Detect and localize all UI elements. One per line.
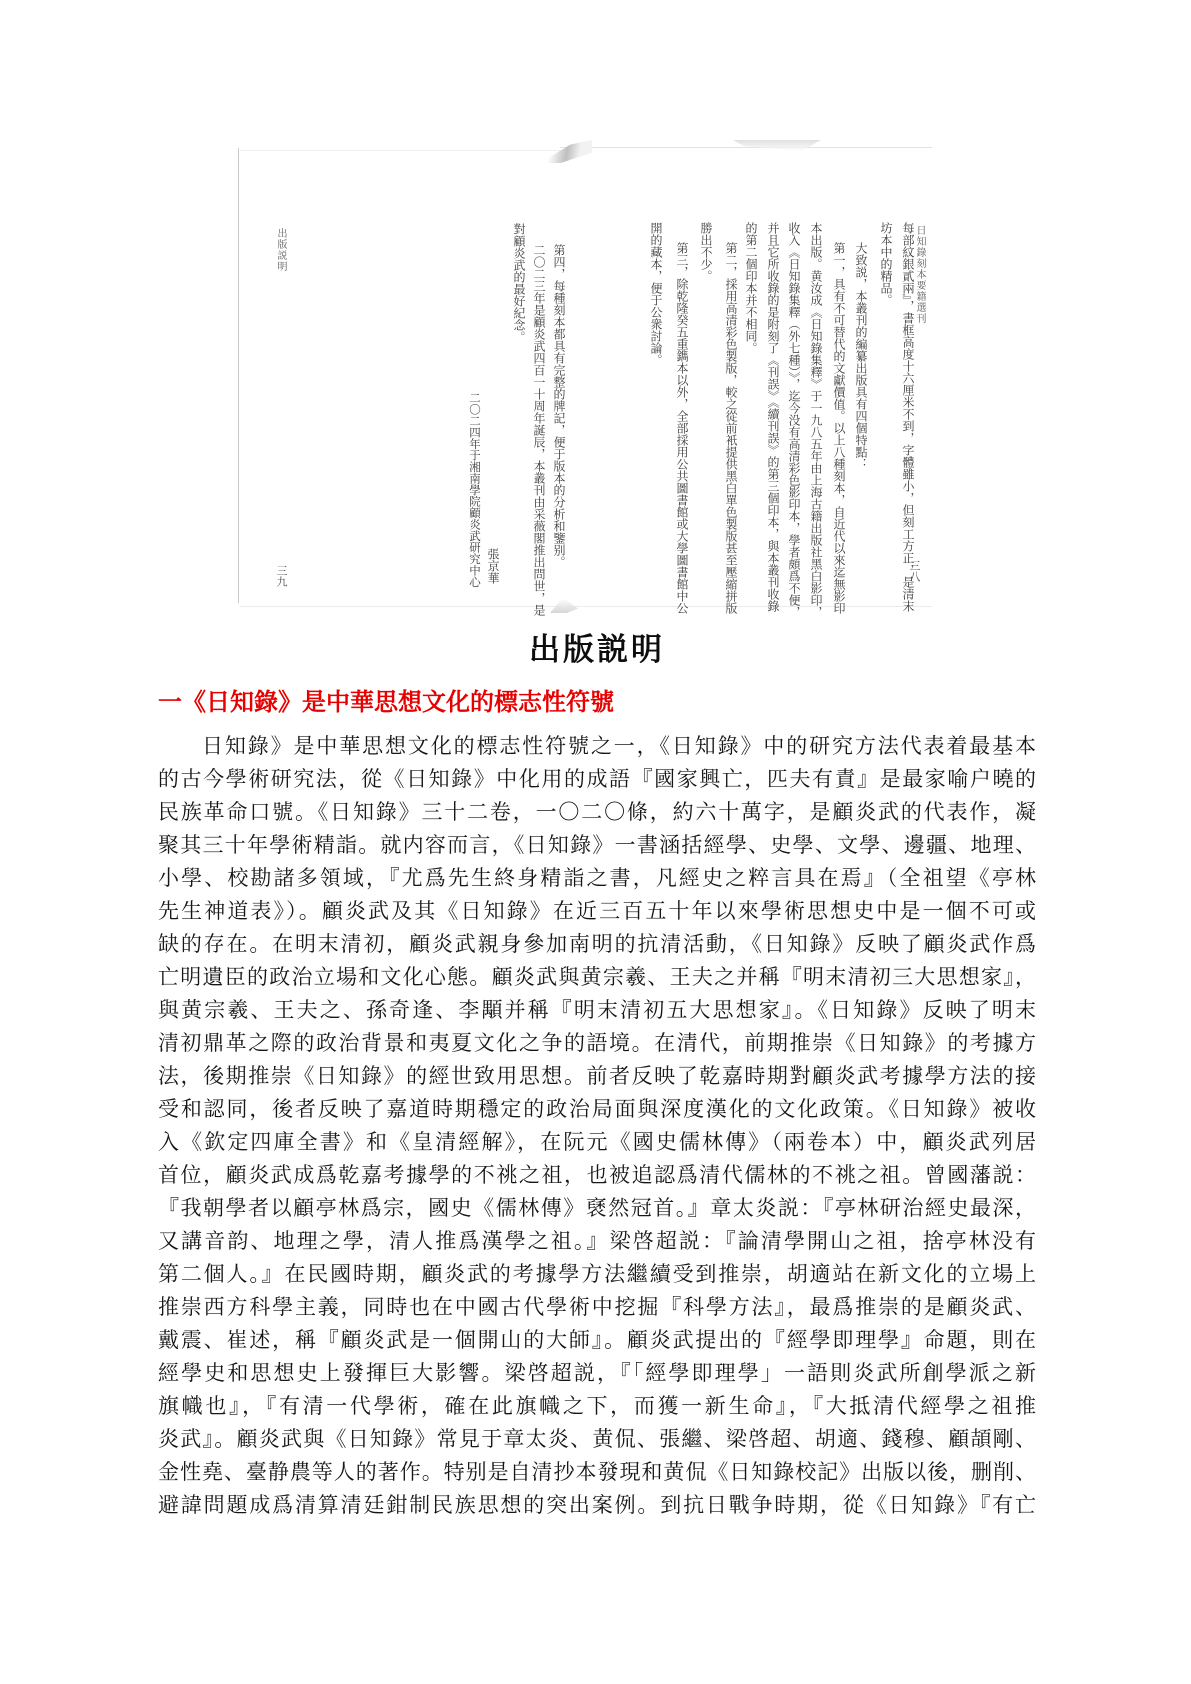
paragraph-line: 經學史和思想史上發揮巨大影響。梁啓超説，『「經學即理學」一語則炎武所創學派之新 <box>158 1357 1036 1390</box>
section-heading: 一《日知錄》是中華思想文化的標志性符號 <box>158 688 1036 718</box>
paragraph-line: 亡明遺臣的政治立場和文化心態。顧炎武與黄宗羲、王夫之并稱『明末清初三大思想家』， <box>158 961 1036 994</box>
paragraph-line: 首位，顧炎武成爲乾嘉考據學的不祧之祖，也被追認爲清代儒林的不祧之祖。曾國藩説： <box>158 1159 1036 1192</box>
scan-column: 并且它所收錄的是附刻了《刊誤》《續刊誤》的第三個印本，與本叢刊收錄 <box>766 222 779 612</box>
paragraph-line: 『我朝學者以顧亭林爲宗，國史《儒林傳》褎然冠首。』章太炎説：『亭林研治經史最深， <box>158 1192 1036 1225</box>
scan-bottom-edge <box>240 606 932 607</box>
paragraph-line: 避諱問題成爲清算清廷鉗制民族思想的突出案例。到抗日戰争時期，從《日知錄》『有亡 <box>158 1489 1036 1522</box>
paragraph-line: 缺的存在。在明末清初，顧炎武親身參加南明的抗清活動，《日知錄》反映了顧炎武作爲 <box>158 928 1036 961</box>
paragraph-line: 入《欽定四庫全書》和《皇清經解》，在阮元《國史儒林傳》（兩卷本）中，顧炎武列居 <box>158 1126 1036 1159</box>
paragraph-line: 小學、校勘諸多領域，『尤爲先生終身精詣之書，凡經史之粹言具在焉』（全祖望《亭林 <box>158 862 1036 895</box>
paragraph-line: 第二個人。』在民國時期，顧炎武的考據學方法繼續受到推崇，胡適站在新文化的立場上 <box>158 1258 1036 1291</box>
paragraph-line: 聚其三十年學術精詣。就内容而言，《日知錄》一書涵括經學、史學、文學、邊疆、地理、 <box>158 829 1036 862</box>
right-page-margin-title: 日知錄刻本要籍選刊 <box>914 225 925 324</box>
scan-column: 本出版。黄汝成《日知錄集釋》于一九八五年由上海古籍出版社黑白影印， <box>809 222 822 618</box>
scan-column: 每部紋銀貳兩』，書框高度十六厘米不到，字體雖小，但刻工方正，是清末 <box>901 222 914 612</box>
scan-column: 第一，具有不可替代的文獻價值。以上八種刻本，自近代以來迄無影印 <box>832 222 845 614</box>
signature: 張京華 <box>486 548 499 584</box>
body-paragraph: 日知錄》是中華思想文化的標志性符號之一，《日知錄》中的研究方法代表着最基本 的古… <box>158 730 1036 1522</box>
scan-column: 大致説，本叢刊的編纂出版具有四個特點： <box>854 222 867 470</box>
dateline: 二〇二四年于湘南學院顧炎武研究中心 <box>467 392 480 588</box>
paragraph-line: 推崇西方科學主義，同時也在中國古代學術中挖掘『科學方法』，最爲推崇的是顧炎武、 <box>158 1291 1036 1324</box>
left-page-number: 三九 <box>274 565 287 587</box>
scan-column: 二〇二三年是顧炎武四百一十周年誕辰，本叢刊由采薇閣推出問世，是 <box>532 224 545 616</box>
paragraph-line: 又講音韵、地理之學，清人推爲漢學之祖。』梁啓超説：『論清學開山之祖，捨亭林没有 <box>158 1225 1036 1258</box>
scan-top-edge-left <box>240 150 560 151</box>
page-title: 出版説明 <box>158 630 1036 670</box>
scan-column: 開的藏本，便于公衆討論。 <box>649 222 662 366</box>
scan-top-edge-right <box>560 147 932 148</box>
scan-left-edge-line <box>238 148 239 603</box>
paragraph-line: 先生神道表》）。顧炎武及其《日知錄》在近三百五十年以來學術思想史中是一個不可或 <box>158 895 1036 928</box>
paragraph-line: 的古今學術研究法，從《日知錄》中化用的成語『國家興亡，匹夫有責』是最家喻户曉的 <box>158 763 1036 796</box>
paragraph-line: 清初鼎革之際的政治背景和夷夏文化之争的語境。在清代，前期推崇《日知錄》的考據方 <box>158 1027 1036 1060</box>
paragraph-line: 戴震、崔述，稱『顧炎武是一個開山的大師』。顧炎武提出的『經學即理學』命題，則在 <box>158 1324 1036 1357</box>
scan-column: 第四，每種刻本都具有完整的牌記，便于版本的分析和鑒别。 <box>552 224 565 568</box>
paragraph-line: 民族革命口號。《日知錄》三十二卷，一〇二〇條，約六十萬字，是顧炎武的代表作，凝 <box>158 796 1036 829</box>
scan-column: 坊本中的精品。 <box>879 222 892 306</box>
left-page-margin-title: 出版説明 <box>275 228 286 272</box>
scan-column: 第三，除乾隆癸五重鐫本以外，全部採用公共圖書館或大學圖書館中公 <box>675 222 688 614</box>
paragraph-line: 法，後期推崇《日知錄》的經世致用思想。前者反映了乾嘉時期對顧炎武考據學方法的接 <box>158 1060 1036 1093</box>
paragraph-line: 炎武』。顧炎武與《日知錄》常見于章太炎、黄侃、張繼、梁啓超、胡適、錢穆、顧頡剛、 <box>158 1423 1036 1456</box>
scan-column: 對顧炎武的最好紀念。 <box>512 223 525 343</box>
document-page: { "article": { "title": "出版説明", "section… <box>0 0 1191 1684</box>
right-page-number: 三八 <box>907 560 920 582</box>
scan-column: 的第二個印本并不相同。 <box>744 222 757 354</box>
publication-note-article: 出版説明 一《日知錄》是中華思想文化的標志性符號 日知錄》是中華思想文化的標志性… <box>158 630 1036 1522</box>
scan-column: 勝出不少。 <box>699 222 712 282</box>
paragraph-line: 旗幟也』，『有清一代學術，確在此旗幟之下，而獲一新生命』，『大抵清代經學之祖推 <box>158 1390 1036 1423</box>
paragraph-line: 與黄宗羲、王夫之、孫奇逢、李顒并稱『明末清初五大思想家』。《日知錄》反映了明末 <box>158 994 1036 1027</box>
scan-column: 第二，採用高清彩色製版，較之從前衹提供黑白單色製版甚至壓縮拼版 <box>724 222 737 614</box>
scanned-book-spread: 日知錄刻本要籍選刊 每部紋銀貳兩』，書框高度十六厘米不到，字體雖小，但刻工方正，… <box>230 140 936 618</box>
page-curl-artifact <box>733 140 821 151</box>
paragraph-line: 受和認同，後者反映了嘉道時期穩定的政治局面與深度漢化的文化政策。《日知錄》被收 <box>158 1093 1036 1126</box>
scan-column: 收入《日知錄集釋（外七種）》，迄今没有高清彩色影印本，學者頗爲不便， <box>787 222 800 618</box>
paragraph-line: 日知錄》是中華思想文化的標志性符號之一，《日知錄》中的研究方法代表着最基本 <box>158 730 1036 763</box>
paragraph-line: 金性堯、臺静農等人的著作。特别是自清抄本發現和黄侃《日知錄校記》出版以後，删削、 <box>158 1456 1036 1489</box>
page-curl-artifact <box>540 140 592 163</box>
